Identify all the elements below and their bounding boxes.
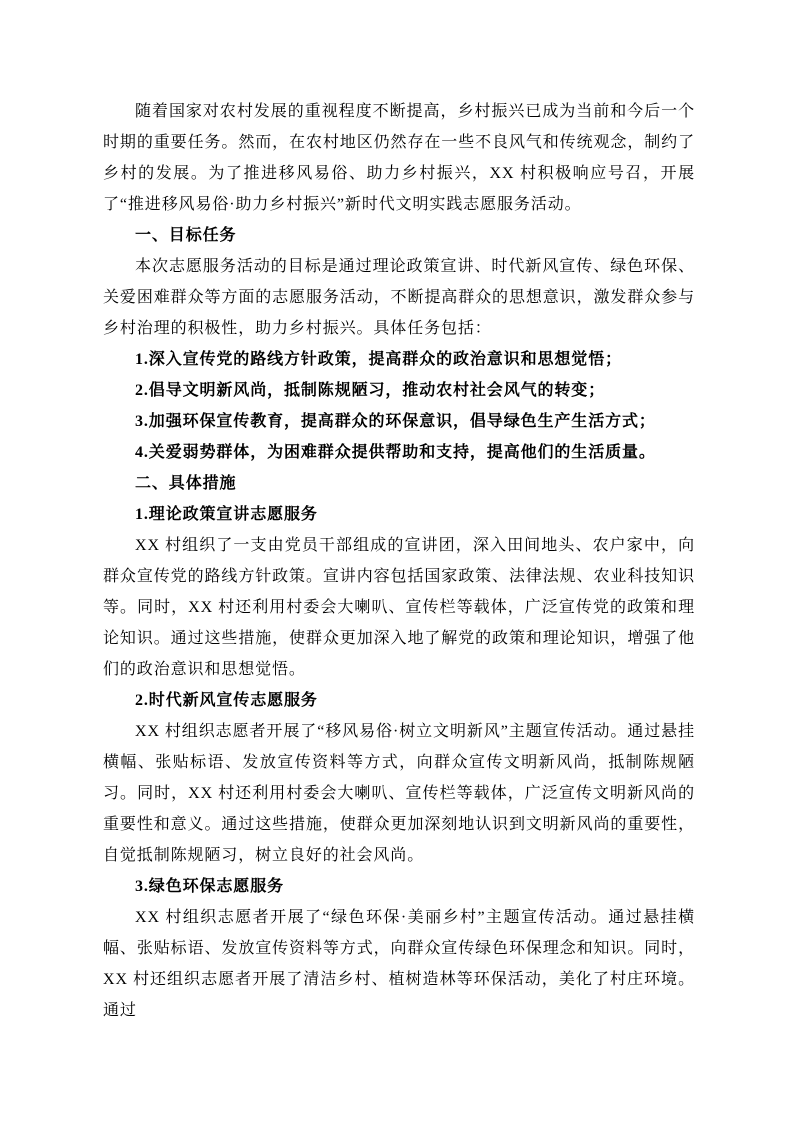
task-item-1: 1.深入宣传党的路线方针政策，提高群众的政治意识和思想觉悟； [103, 344, 695, 375]
subheading-new-trends: 2.时代新风宣传志愿服务 [103, 685, 695, 716]
paragraph-new-trends: XX 村组织志愿者开展了“移风易俗·树立文明新风”主题宣传活动。通过悬挂横幅、张… [103, 716, 695, 871]
task-item-3: 3.加强环保宣传教育，提高群众的环保意识，倡导绿色生产生活方式； [103, 406, 695, 437]
paragraph-theory-policy: XX 村组织了一支由党员干部组成的宣讲团，深入田间地头、农户家中，向群众宣传党的… [103, 530, 695, 685]
section-heading-objectives: 一、目标任务 [103, 220, 695, 251]
paragraph-green-environment: XX 村组织志愿者开展了“绿色环保·美丽乡村”主题宣传活动。通过悬挂横幅、张贴标… [103, 902, 695, 1026]
subheading-green-environment: 3.绿色环保志愿服务 [103, 871, 695, 902]
task-item-2: 2.倡导文明新风尚，抵制陈规陋习，推动农村社会风气的转变； [103, 375, 695, 406]
subheading-theory-policy: 1.理论政策宣讲志愿服务 [103, 499, 695, 530]
paragraph-intro: 随着国家对农村发展的重视程度不断提高，乡村振兴已成为当前和今后一个时期的重要任务… [103, 96, 695, 220]
document-body: 随着国家对农村发展的重视程度不断提高，乡村振兴已成为当前和今后一个时期的重要任务… [103, 96, 695, 1026]
document-page: 随着国家对农村发展的重视程度不断提高，乡村振兴已成为当前和今后一个时期的重要任务… [0, 0, 793, 1122]
paragraph-objectives: 本次志愿服务活动的目标是通过理论政策宣讲、时代新风宣传、绿色环保、关爱困难群众等… [103, 251, 695, 344]
section-heading-measures: 二、具体措施 [103, 468, 695, 499]
task-item-4: 4.关爱弱势群体，为困难群众提供帮助和支持，提高他们的生活质量。 [103, 437, 695, 468]
